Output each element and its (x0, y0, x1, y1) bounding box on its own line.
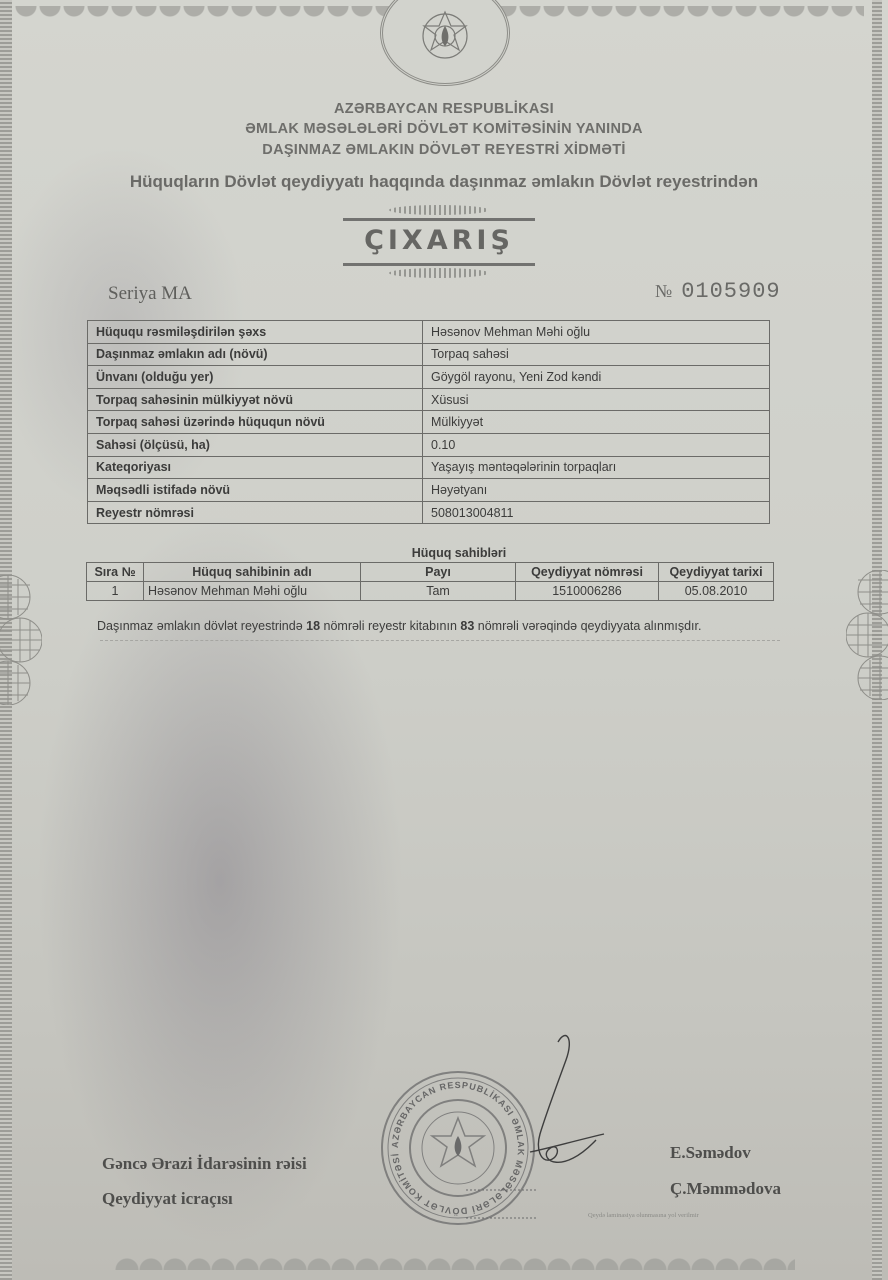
head-name: E.Səmədov (670, 1143, 751, 1163)
info-row: KateqoriyasıYaşayış məntəqələrinin torpa… (88, 456, 770, 479)
owners-table-title: Hüquq sahibləri (0, 546, 888, 560)
document-title: ÇIXARIŞ (343, 225, 535, 256)
info-row: Ünvanı (olduğu yer)Göygöl rayonu, Yeni Z… (88, 366, 770, 389)
owners-table: Sıra № Hüquq sahibinin adı Payı Qeydiyya… (86, 562, 774, 601)
info-label: Torpaq sahəsinin mülkiyyət növü (88, 388, 423, 411)
registrar-name: Ç.Məmmədova (670, 1179, 781, 1199)
info-value: Həyətyanı (423, 479, 770, 502)
info-row: Hüququ rəsmiləşdirilən şəxsHəsənov Mehma… (88, 321, 770, 344)
handwritten-signature-icon (500, 1030, 610, 1200)
col-header-number: Sıra № (87, 563, 144, 582)
info-row: Məqsədli istifadə növüHəyətyanı (88, 479, 770, 502)
col-header-share: Payı (361, 563, 516, 582)
info-label: Daşınmaz əmlakın adı (növü) (88, 343, 423, 366)
info-value: Göygöl rayonu, Yeni Zod kəndi (423, 366, 770, 389)
registry-note-middle: nömrəli reyestr kitabının (320, 619, 460, 633)
registry-book-number: 18 (306, 619, 320, 633)
owner-row-number: 1 (87, 582, 144, 601)
header-committee: ƏMLAK MƏSƏLƏLƏRİ DÖVLƏT KOMİTƏSİNİN YANI… (0, 121, 888, 137)
info-row: Torpaq sahəsi üzərində hüququn növüMülki… (88, 411, 770, 434)
info-label: Sahəsi (ölçüsü, ha) (88, 433, 423, 456)
registry-note-prefix: Daşınmaz əmlakın dövlət reyestrində (97, 619, 306, 633)
guilloche-ornament-right-icon (846, 570, 888, 700)
owner-name: Həsənov Mehman Məhi oğlu (144, 582, 361, 601)
guilloche-ornament-left-icon (0, 575, 42, 705)
title-rule-top (343, 218, 535, 221)
head-title: Gəncə Ərazi İdarəsinin rəisi (102, 1154, 307, 1174)
info-value: Mülkiyyət (423, 411, 770, 434)
info-value: Torpaq sahəsi (423, 343, 770, 366)
registrar-title: Qeydiyyat icraçısı (102, 1189, 233, 1209)
info-value: 0.10 (423, 433, 770, 456)
header-service: DAŞINMAZ ƏMLAKIN DÖVLƏT REYESTRİ XİDMƏTİ (0, 142, 888, 158)
col-header-owner-name: Hüquq sahibinin adı (144, 563, 361, 582)
ornament-bottom-icon (389, 268, 489, 278)
info-label: Hüququ rəsmiləşdirilən şəxs (88, 321, 423, 344)
registry-note-suffix: nömrəli vərəqində qeydiyyata alınmışdır. (474, 619, 701, 633)
ornament-top-icon (389, 205, 489, 215)
title-block: ÇIXARIŞ (343, 205, 535, 277)
document-subtitle: Hüquqların Dövlət qeydiyyatı haqqında da… (0, 172, 888, 192)
info-row: Daşınmaz əmlakın adı (növü)Torpaq sahəsi (88, 343, 770, 366)
owner-row: 1Həsənov Mehman Məhi oğluTam151000628605… (87, 582, 774, 601)
info-value: Xüsusi (423, 388, 770, 411)
info-value: 508013004811 (423, 501, 770, 524)
decorative-scallop-bottom (115, 1248, 795, 1270)
info-row: Sahəsi (ölçüsü, ha)0.10 (88, 433, 770, 456)
registry-note: Daşınmaz əmlakın dövlət reyestrində 18 n… (97, 619, 701, 633)
property-info-table: Hüququ rəsmiləşdirilən şəxsHəsənov Mehma… (87, 320, 770, 524)
document-number-value: 0105909 (681, 279, 780, 304)
document-series: Seriya MA (108, 283, 192, 305)
title-rule-bottom (343, 263, 535, 266)
registry-page-number: 83 (460, 619, 474, 633)
info-label: Reyestr nömrəsi (88, 501, 423, 524)
owners-header-row: Sıra № Hüquq sahibinin adı Payı Qeydiyya… (87, 563, 774, 582)
owner-reg-date: 05.08.2010 (659, 582, 774, 601)
dashed-divider (100, 640, 780, 641)
info-label: Torpaq sahəsi üzərində hüququn növü (88, 411, 423, 434)
col-header-reg-date: Qeydiyyat tarixi (659, 563, 774, 582)
col-header-reg-number: Qeydiyyat nömrəsi (516, 563, 659, 582)
header-country: AZƏRBAYCAN RESPUBLİKASI (0, 101, 888, 117)
number-sign: № (655, 281, 673, 301)
info-row: Torpaq sahəsinin mülkiyyət növüXüsusi (88, 388, 770, 411)
info-value: Yaşayış məntəqələrinin torpaqları (423, 456, 770, 479)
info-label: Kateqoriyası (88, 456, 423, 479)
lamination-footnote: Qeydə laminasiya olunmasına yol verilmir (588, 1212, 699, 1219)
document-number: №0105909 (655, 279, 781, 304)
info-label: Məqsədli istifadə növü (88, 479, 423, 502)
info-label: Ünvanı (olduğu yer) (88, 366, 423, 389)
owner-reg-number: 1510006286 (516, 582, 659, 601)
owner-share: Tam (361, 582, 516, 601)
azerbaijan-coat-of-arms-icon (410, 0, 480, 68)
info-value: Həsənov Mehman Məhi oğlu (423, 321, 770, 344)
info-row: Reyestr nömrəsi508013004811 (88, 501, 770, 524)
